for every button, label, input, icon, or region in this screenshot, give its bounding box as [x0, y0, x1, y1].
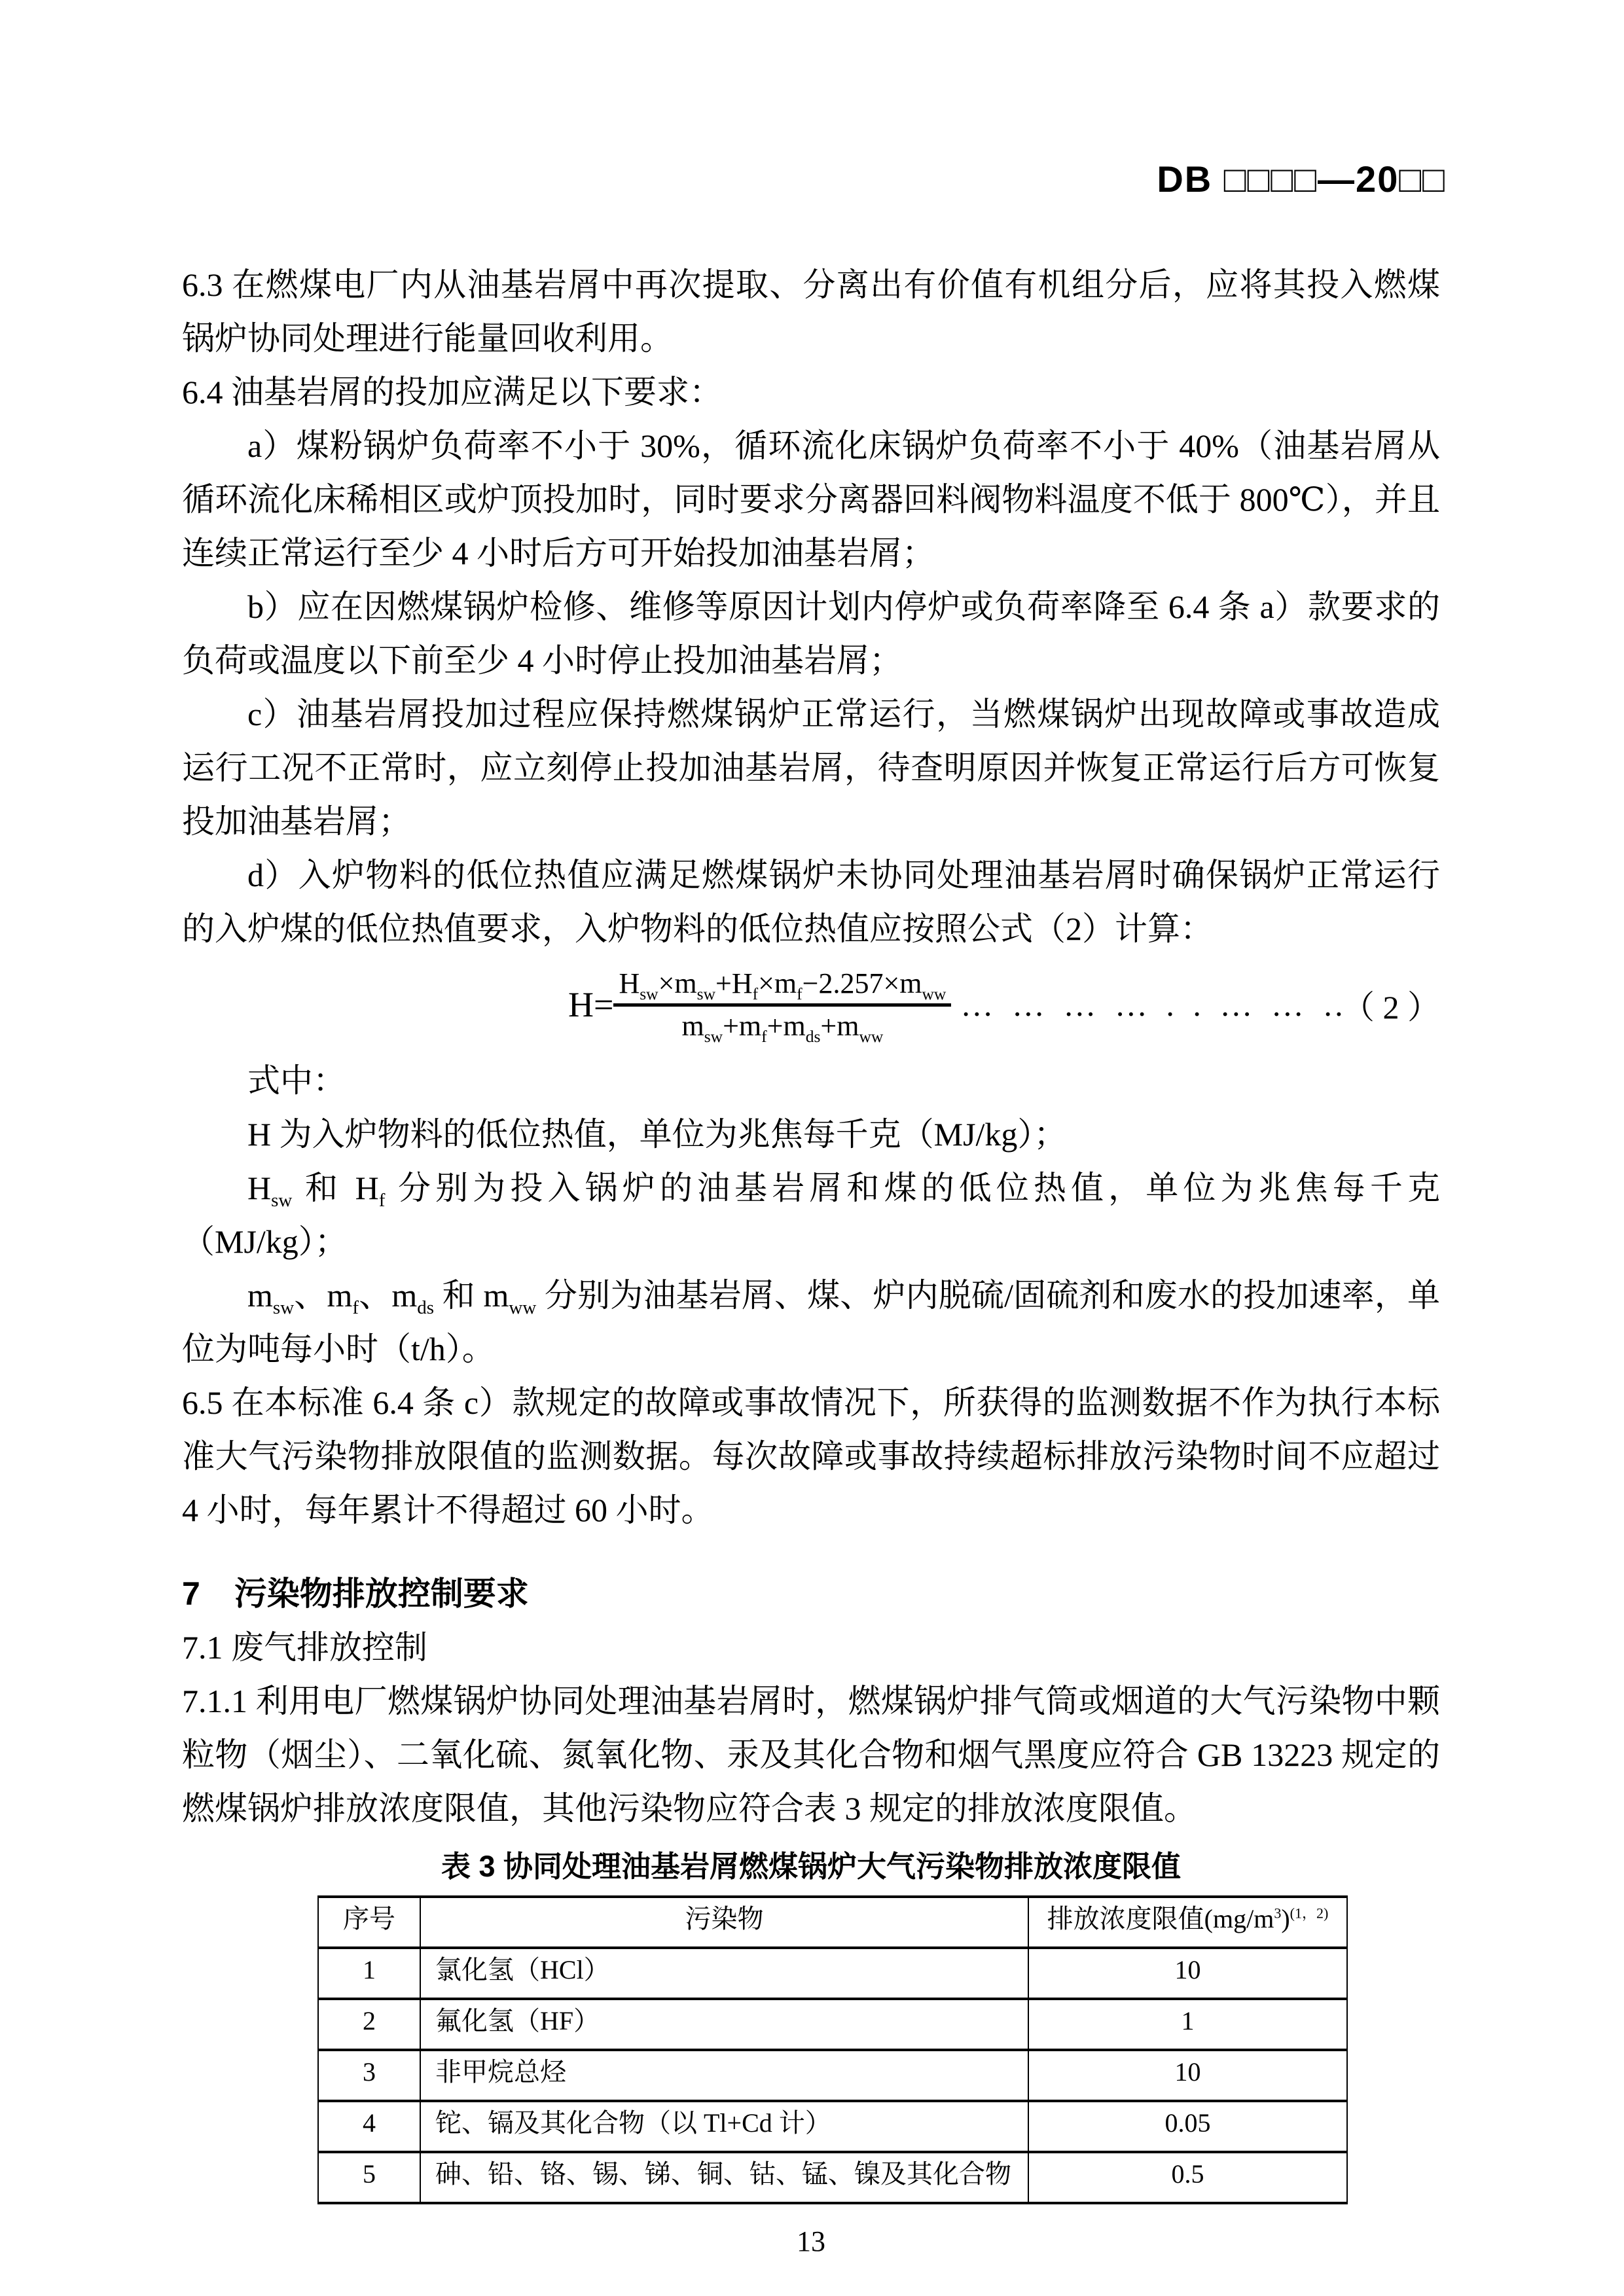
para-6-5: 6.5 在本标准 6.4 条 c）款规定的故障或事故情况下，所获得的监测数据不作… — [182, 1376, 1440, 1537]
formula-term: m — [682, 1010, 704, 1042]
row-limit: 10 — [1028, 1948, 1347, 1999]
formula-term: ×m — [758, 967, 797, 999]
section-7-number: 7 — [182, 1567, 200, 1621]
table-row: 5 砷、铅、铬、锡、锑、铜、钴、锰、镍及其化合物 0.5 — [318, 2152, 1347, 2203]
document-body: 6.3 在燃煤电厂内从油基岩屑中再次提取、分离出有价值有机组分后，应将其投入燃煤… — [182, 258, 1440, 2261]
definition-m-rates: msw、mf、mds 和 mww 分别为油基岩屑、煤、炉内脱硫/固硫剂和废水的投… — [182, 1268, 1440, 1376]
def-term: 和 H — [292, 1170, 378, 1206]
row-pollutant: 氟化氢（HF） — [420, 1999, 1028, 2050]
section-7-heading: 7污染物排放控制要求 — [182, 1567, 1440, 1621]
para-6-4-item-c: c）油基岩屑投加过程应保持燃煤锅炉正常运行，当燃煤锅炉出现故障或事故造成运行工况… — [182, 687, 1440, 848]
row-no: 4 — [318, 2101, 420, 2152]
formula-subscript: ds — [806, 1026, 821, 1045]
row-limit: 0.5 — [1028, 2152, 1347, 2203]
def-subscript: ww — [509, 1297, 536, 1318]
equation-number: （ 2 ） — [1342, 981, 1440, 1028]
document-page: DB □□□□—20□□ 6.3 在燃煤电厂内从油基岩屑中再次提取、分离出有价值… — [0, 0, 1624, 2296]
formula-subscript: f — [797, 984, 803, 1003]
formula-subscript: sw — [704, 1026, 723, 1045]
def-term: 、m — [359, 1277, 417, 1314]
formula-term: +m — [723, 1010, 761, 1042]
limit-header-text: 排放浓度限值(mg/m — [1047, 1904, 1274, 1933]
row-pollutant: 砷、铅、铬、锡、锑、铜、钴、锰、镍及其化合物 — [420, 2152, 1028, 2203]
row-limit: 0.05 — [1028, 2101, 1347, 2152]
def-subscript: f — [352, 1297, 359, 1318]
equation-lhs: H= — [568, 984, 613, 1025]
para-6-3: 6.3 在燃煤电厂内从油基岩屑中再次提取、分离出有价值有机组分后，应将其投入燃煤… — [182, 258, 1440, 365]
formula-term: +H — [715, 967, 753, 999]
para-6-4-item-a: a）煤粉锅炉负荷率不小于 30%，循环流化床锅炉负荷率不小于 40%（油基岩屑从… — [182, 419, 1440, 580]
section-7-title: 污染物排放控制要求 — [234, 1575, 529, 1612]
row-no: 3 — [318, 2050, 420, 2101]
formula-subscript: ww — [922, 984, 947, 1003]
definition-h: H 为入炉物料的低位热值，单位为兆焦每千克（MJ/kg）； — [182, 1107, 1440, 1161]
def-subscript: ds — [417, 1297, 434, 1318]
para-6-4-item-d: d）入炉物料的低位热值应满足燃煤锅炉未协同处理油基岩屑时确保锅炉正常运行的入炉煤… — [182, 848, 1440, 956]
limit-header-note-sup: (1，2) — [1290, 1905, 1329, 1922]
row-no: 2 — [318, 1999, 420, 2050]
formula-term: +m — [767, 1010, 806, 1042]
row-pollutant: 氯化氢（HCl） — [420, 1948, 1028, 1999]
table-3-emission-limits: 序号 污染物 排放浓度限值(mg/m3)(1，2) 1 氯化氢（HCl） 10 … — [317, 1895, 1348, 2204]
para-6-4-item-b: b）应在因燃煤锅炉检修、维修等原因计划内停炉或负荷率降至 6.4 条 a）款要求… — [182, 580, 1440, 687]
formula-term: H — [619, 967, 640, 999]
table-row: 3 非甲烷总烃 10 — [318, 2050, 1347, 2101]
para-6-4: 6.4 油基岩屑的投加应满足以下要求： — [182, 365, 1440, 419]
col-header-limit: 排放浓度限值(mg/m3)(1，2) — [1028, 1897, 1347, 1948]
formula-term: +m — [820, 1010, 859, 1042]
where-label: 式中： — [182, 1054, 1440, 1107]
table-row: 2 氟化氢（HF） 1 — [318, 1999, 1347, 2050]
def-term: 、m — [294, 1277, 352, 1314]
definition-hsw-hf: Hsw 和 Hf 分别为投入锅炉的油基岩屑和煤的低位热值，单位为兆焦每千克（MJ… — [182, 1161, 1440, 1268]
formula-subscript: f — [761, 1026, 767, 1045]
row-no: 5 — [318, 2152, 420, 2203]
row-pollutant: 铊、镉及其化合物（以 Tl+Cd 计） — [420, 2101, 1028, 2152]
table-row: 1 氯化氢（HCl） 10 — [318, 1948, 1347, 1999]
table-row: 4 铊、镉及其化合物（以 Tl+Cd 计） 0.05 — [318, 2101, 1347, 2152]
equation-dot-leader: … … … … . . … … … … … … . — [951, 986, 1342, 1024]
formula-subscript: f — [753, 984, 759, 1003]
formula-subscript: sw — [697, 984, 715, 1003]
doc-code-header: DB □□□□—20□□ — [0, 0, 1446, 200]
col-header-no: 序号 — [318, 1897, 420, 1948]
equation-numerator: Hsw×msw+Hf×mf−2.257×mww — [613, 966, 951, 1007]
limit-header-text: ) — [1281, 1904, 1290, 1933]
col-header-pollutant: 污染物 — [420, 1897, 1028, 1948]
def-term: 和 m — [434, 1277, 509, 1314]
def-term: m — [247, 1277, 273, 1314]
formula-term: −2.257×m — [803, 967, 922, 999]
row-pollutant: 非甲烷总烃 — [420, 2050, 1028, 2101]
limit-header-sup: 3 — [1274, 1905, 1281, 1922]
para-7-1: 7.1 废气排放控制 — [182, 1621, 1440, 1674]
para-7-1-1: 7.1.1 利用电厂燃煤锅炉协同处理油基岩屑时，燃煤锅炉排气筒或烟道的大气污染物… — [182, 1674, 1440, 1835]
formula-term: ×m — [659, 967, 697, 999]
row-limit: 10 — [1028, 2050, 1347, 2101]
page-number: 13 — [182, 2223, 1440, 2261]
row-no: 1 — [318, 1948, 420, 1999]
def-subscript: f — [379, 1190, 386, 1211]
def-subscript: sw — [271, 1190, 292, 1211]
row-limit: 1 — [1028, 1999, 1347, 2050]
def-term: H — [247, 1170, 271, 1206]
table-header-row: 序号 污染物 排放浓度限值(mg/m3)(1，2) — [318, 1897, 1347, 1948]
formula-subscript: ww — [859, 1026, 883, 1045]
formula-subscript: sw — [640, 984, 658, 1003]
equation-denominator: msw+mf+mds+mww — [613, 1007, 951, 1044]
equation-2: H= Hsw×msw+Hf×mf−2.257×mww msw+mf+mds+mw… — [182, 956, 1440, 1054]
equation-fraction: Hsw×msw+Hf×mf−2.257×mww msw+mf+mds+mww — [613, 966, 951, 1043]
def-subscript: sw — [273, 1297, 294, 1318]
table-3-title: 表 3 协同处理油基岩屑燃煤锅炉大气污染物排放浓度限值 — [182, 1847, 1440, 1886]
